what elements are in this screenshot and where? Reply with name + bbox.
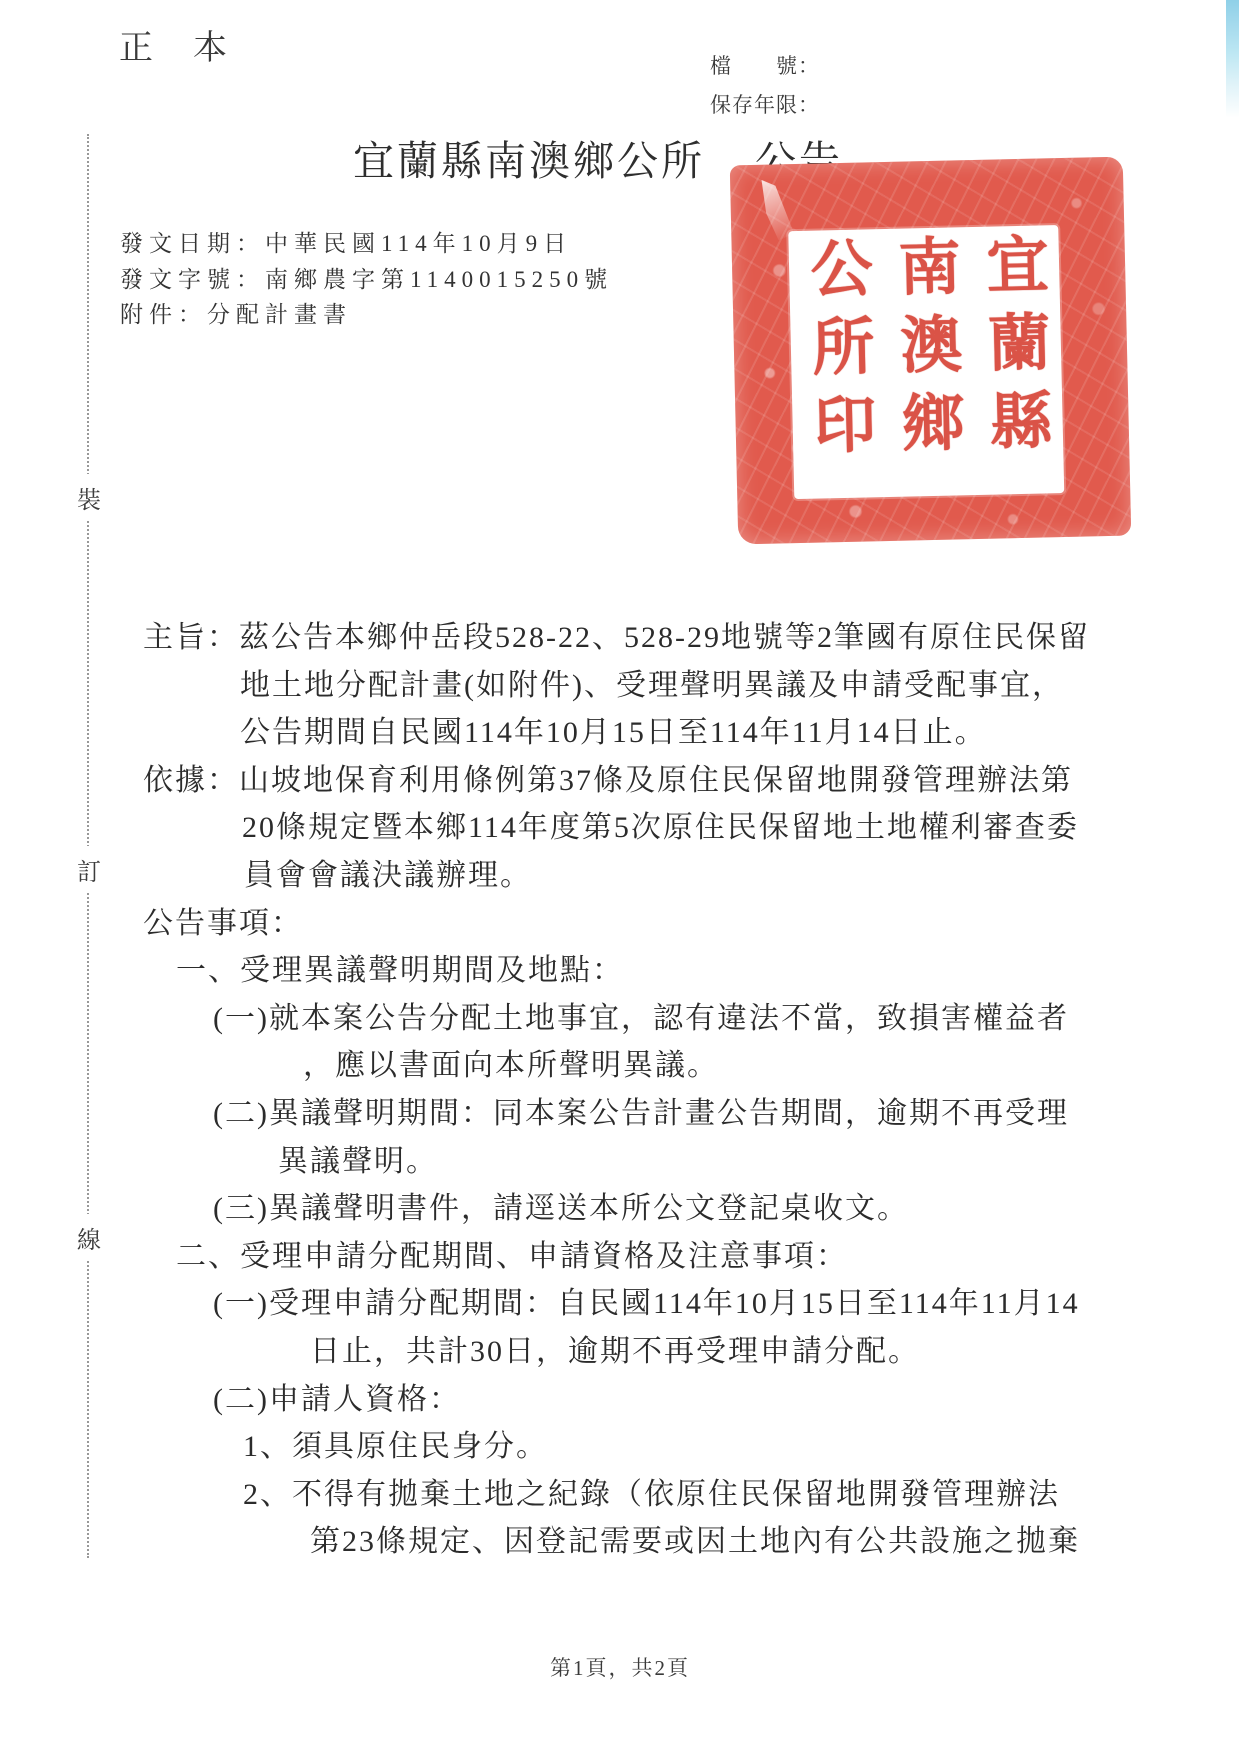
seal-column: 公所印: [790, 235, 884, 493]
file-number-label: 檔 號：: [710, 50, 820, 80]
seal-script-text: 宜蘭縣南澳鄉公所印: [792, 231, 1060, 493]
retention-period-label: 保存年限：: [710, 89, 820, 119]
doc-number-line: 發文字號：南鄉農字第1140015250號: [120, 262, 613, 298]
seal-column: 宜蘭縣: [966, 231, 1060, 489]
attachment-line: 附件：分配計畫書: [120, 297, 613, 333]
body-line: 公告期間自民國114年10月15日至114年11月14日止。: [240, 709, 1143, 757]
body-line: (一)就本案公告分配土地事宜，認有違法不當，致損害權益者: [213, 995, 1143, 1043]
body-line: 主旨：茲公告本鄉仲岳段528-22、528-29地號等2筆國有原住民保留: [143, 614, 1143, 662]
page-footer: 第1頁，共2頁: [0, 1652, 1240, 1682]
official-seal: 宜蘭縣南澳鄉公所印: [730, 157, 1131, 545]
binding-label-zhuang: 裝: [74, 474, 104, 521]
body-line: 2、不得有拋棄土地之紀錄（依原住民保留地開發管理辦法: [243, 1471, 1143, 1519]
body-line: (二)異議聲明期間：同本案公告計畫公告期間，逾期不再受理: [213, 1090, 1143, 1138]
body-line: 20條規定暨本鄉114年度第5次原住民保留地土地權利審查委: [242, 804, 1143, 852]
body-line: (二)申請人資格：: [213, 1376, 1143, 1424]
body-line: 1、須具原住民身分。: [243, 1423, 1143, 1471]
document-page: 正 本 檔 號： 保存年限： 宜蘭縣南澳鄉公所 公告 發文日期：中華民國114年…: [0, 0, 1240, 1755]
seal-column: 南澳鄉: [878, 233, 972, 491]
body-line: 一、受理異議聲明期間及地點：: [176, 947, 1143, 995]
document-meta: 發文日期：中華民國114年10月9日 發文字號：南鄉農字第1140015250號…: [120, 226, 613, 333]
body-text: 主旨：茲公告本鄉仲岳段528-22、528-29地號等2筆國有原住民保留地土地分…: [143, 614, 1143, 1566]
binding-label-xian: 線: [74, 1214, 104, 1261]
body-line: 二、受理申請分配期間、申請資格及注意事項：: [176, 1233, 1143, 1281]
seal-inner-square: 宜蘭縣南澳鄉公所印: [788, 225, 1064, 499]
body-line: 員會會議決議辦理。: [244, 852, 1143, 900]
body-line: 地土地分配計畫(如附件)、受理聲明異議及申請受配事宜，: [240, 662, 1143, 710]
body-line: (一)受理申請分配期間：自民國114年10月15日至114年11月14: [213, 1280, 1143, 1328]
issue-date-line: 發文日期：中華民國114年10月9日: [120, 226, 613, 262]
binding-label-ding: 訂: [74, 846, 104, 893]
body-line: 第23條規定、因登記需要或因土地內有公共設施之拋棄: [310, 1518, 1143, 1566]
body-line: 異議聲明。: [278, 1138, 1143, 1186]
body-line: 依據：山坡地保育利用條例第37條及原住民保留地開發管理辦法第: [143, 757, 1143, 805]
copy-type-label: 正 本: [119, 20, 230, 69]
body-line: (三)異議聲明書件，請逕送本所公文登記桌收文。: [213, 1185, 1143, 1233]
body-line: 日止，共計30日，逾期不再受理申請分配。: [310, 1328, 1143, 1376]
scan-artifact-strip: [1226, 0, 1239, 118]
body-line: 公告事項：: [143, 900, 1143, 948]
body-line: ，應以書面向本所聲明異議。: [303, 1042, 1143, 1090]
title-organization: 宜蘭縣南澳鄉公所: [353, 128, 705, 187]
